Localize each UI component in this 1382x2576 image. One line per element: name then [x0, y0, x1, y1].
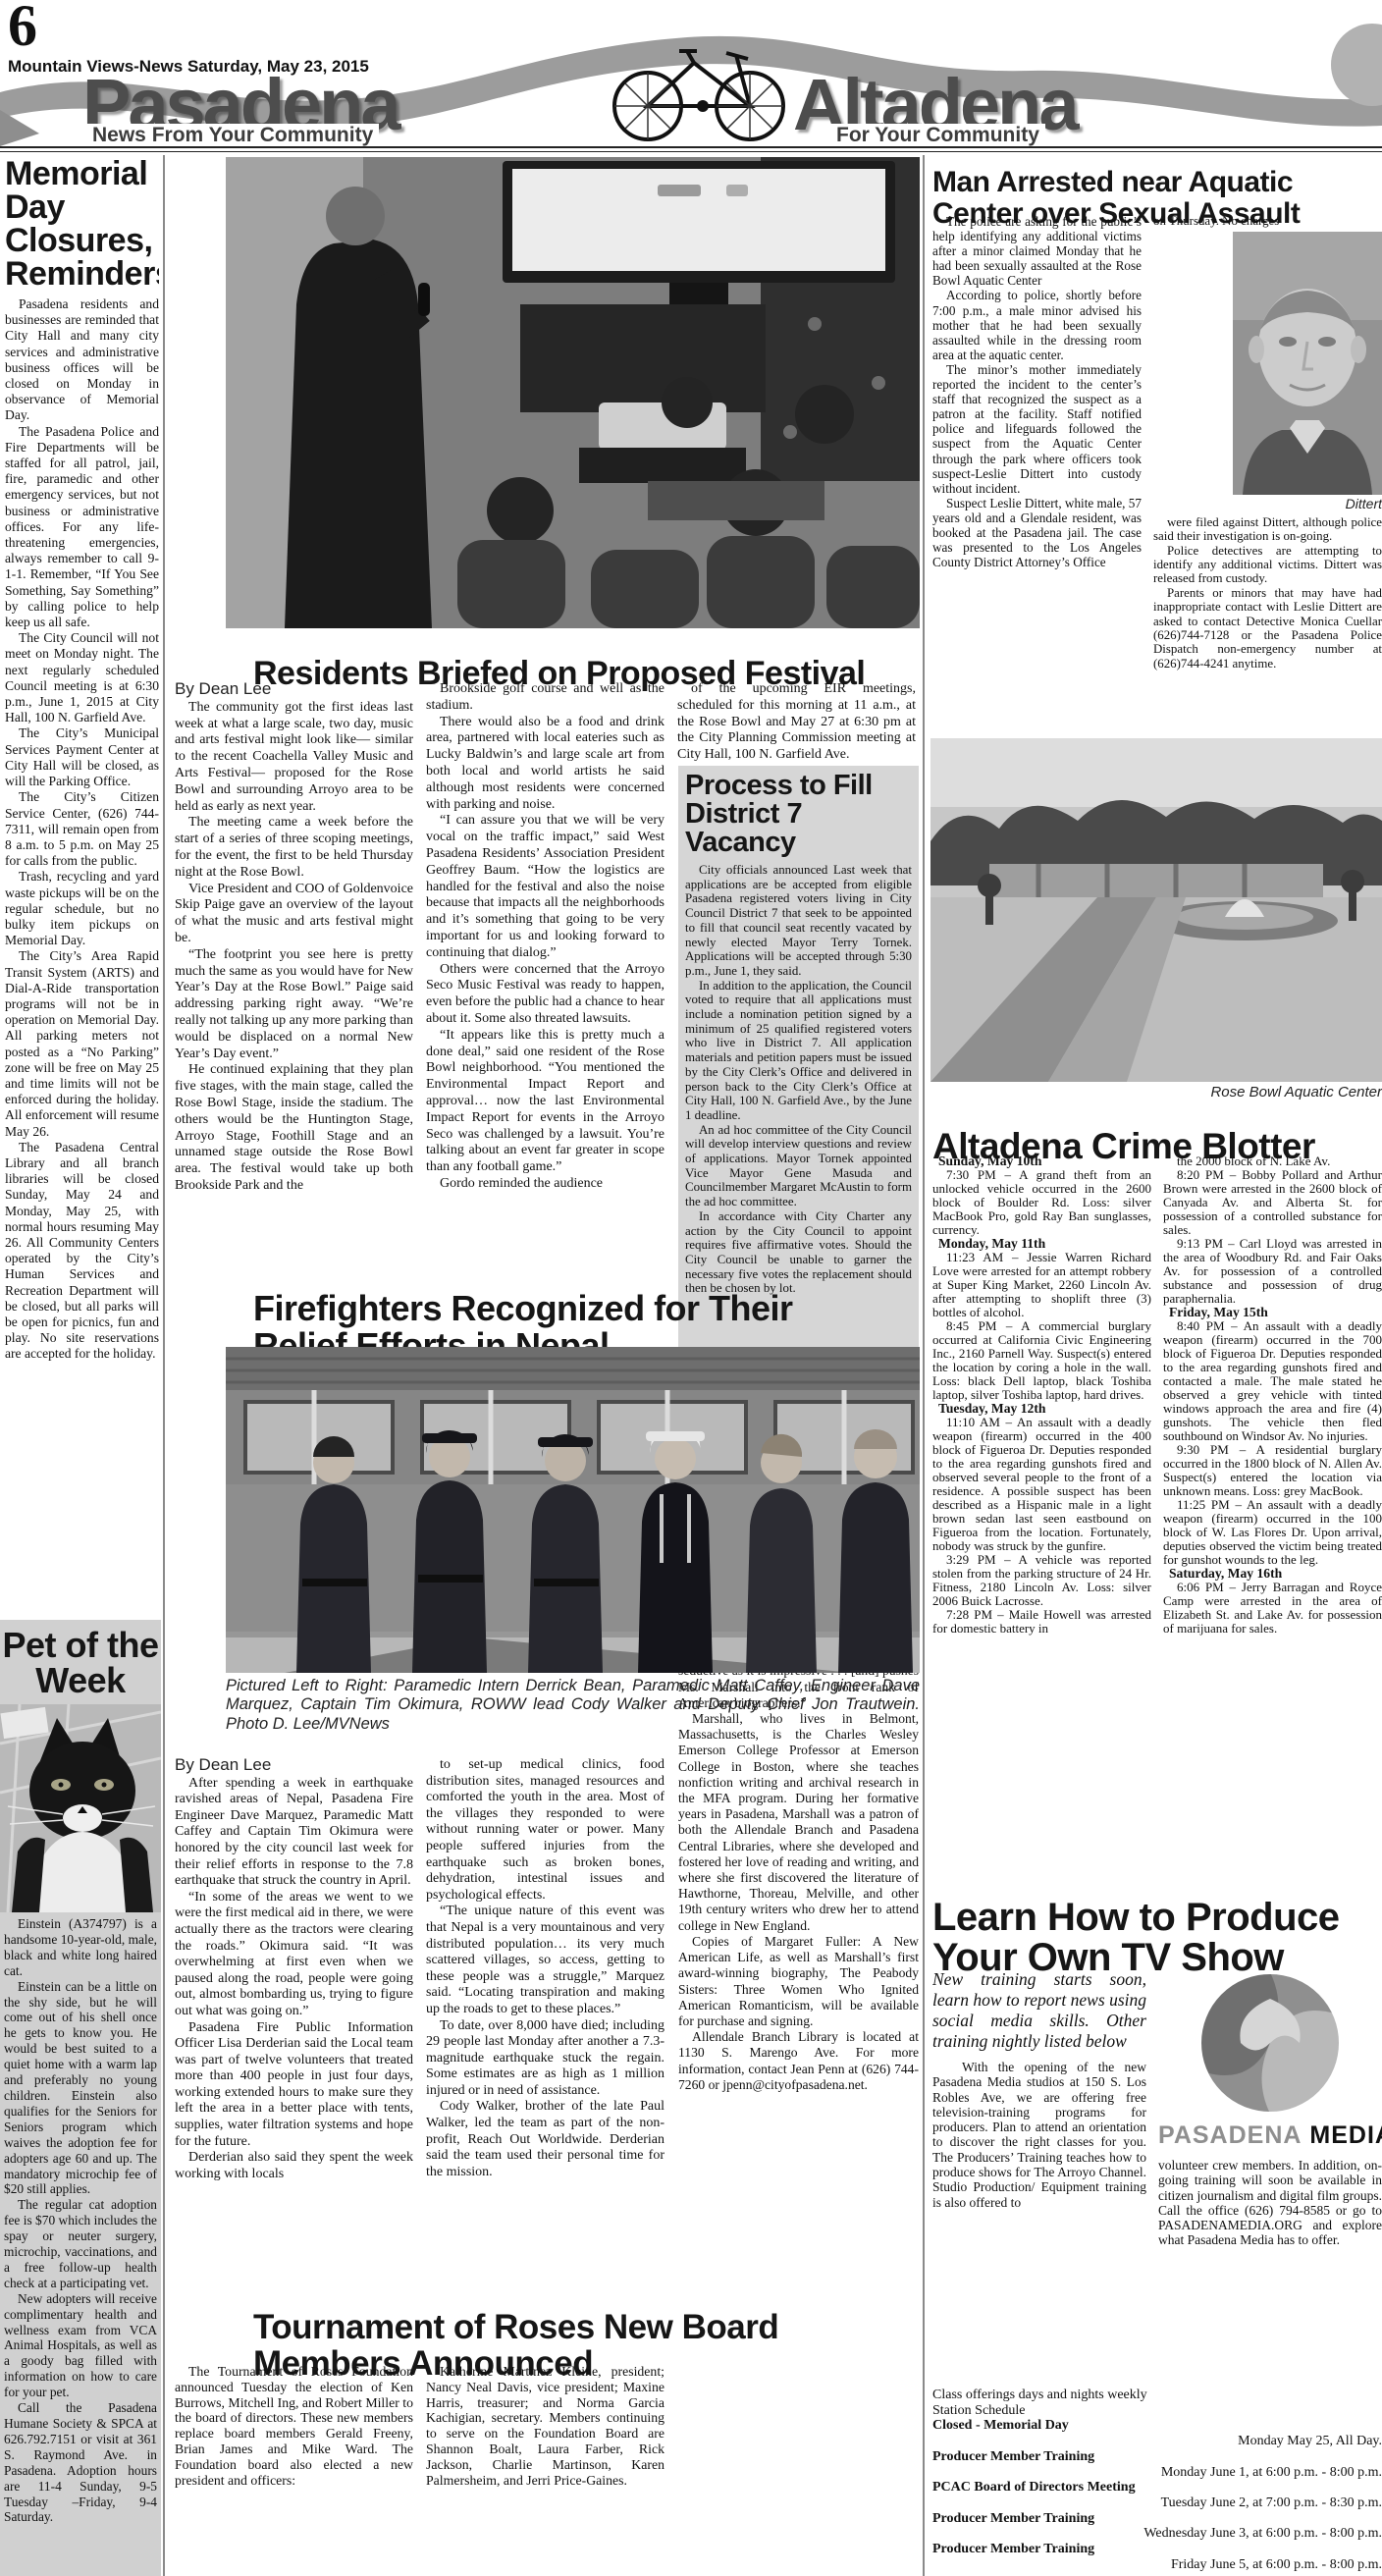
paragraph: Police detectives are attempting to iden… — [1153, 544, 1382, 586]
roses-column-1: The Tournament of Roses Foundation annou… — [175, 2364, 413, 2574]
schedule-item-label: Closed - Memorial Day — [932, 2418, 1382, 2434]
paragraph: Pasadena residents and businesses are re… — [5, 296, 159, 424]
firefighters-caption: Pictured Left to Right: Paramedic Intern… — [226, 1677, 920, 1734]
schedule-note: Class offerings days and nights weekly — [932, 2388, 1382, 2403]
paragraph: The meeting came a week before the start… — [175, 815, 413, 881]
paragraph: The City’s Area Rapid Transit System (AR… — [5, 948, 159, 1139]
paragraph: “I can assure you that we will be very v… — [426, 813, 664, 961]
paragraph: Suspect Leslie Dittert, white male, 57 y… — [932, 496, 1142, 569]
paragraph: 6:06 PM – Jerry Barragan and Royce Camp … — [1163, 1581, 1382, 1636]
paragraph: Pasadena Fire Public Information Officer… — [175, 2020, 413, 2151]
paragraph: The Pasadena Police and Fire Departments… — [5, 424, 159, 631]
paragraph: City officials announced Last week that … — [685, 863, 912, 979]
paragraph: “In some of the areas we went to we were… — [175, 1890, 413, 2020]
day-heading: Friday, May 15th — [1163, 1306, 1382, 1319]
paragraph: Copies of Margaret Fuller: A New America… — [678, 1934, 919, 2029]
tvshow-column-1: New training starts soon, learn how to r… — [932, 1969, 1146, 2386]
schedule-item-time: Friday June 5, at 6:00 p.m. - 8:00 p.m. — [932, 2557, 1382, 2573]
blotter-column-2: the 2000 block of N. Lake Av.8:20 PM – B… — [1163, 1154, 1382, 1867]
schedule-item-label: PCAC Board of Directors Meeting — [932, 2480, 1382, 2495]
tvshow-column-2: PASADENA MEDIA volunteer crew members. I… — [1158, 1969, 1382, 2386]
pet-of-the-week-article: Pet of the Week — [0, 1620, 161, 2576]
masthead: Pasadena Altadena News From Your Communi… — [0, 16, 1382, 146]
paragraph: to set-up medical clinics, food distribu… — [426, 1757, 664, 1904]
firefighters-column-1: By Dean Lee After spending a week in ear… — [175, 1757, 413, 2285]
schedule-item: Producer Member Training Monday June 1, … — [932, 2449, 1382, 2480]
roses-column-2: Katherine Martinez Kleine, president; Na… — [426, 2364, 664, 2574]
paragraph: The City Council will not meet on Monday… — [5, 630, 159, 725]
cat-photo — [0, 1704, 161, 1912]
tvshow-body-2: volunteer crew members. In addition, on-… — [1158, 2158, 1382, 2248]
arrest-article: The police are asking for the public’s h… — [932, 214, 1382, 734]
festival-column-1: By Dean Lee The community got the first … — [175, 681, 413, 1261]
paragraph: In addition to the application, the Coun… — [685, 979, 912, 1123]
paragraph: were filed against Dittert, although pol… — [1153, 515, 1382, 544]
paragraph: 11:25 PM – An assault with a deadly weap… — [1163, 1498, 1382, 1567]
paragraph: Brookside golf course and well as the st… — [426, 681, 664, 715]
schedule-title: Station Schedule — [932, 2403, 1382, 2419]
arrest-col2-lead: on Thursday. No charges — [1153, 214, 1382, 228]
schedule-item-time: Tuesday June 2, at 7:00 p.m. - 8:30 p.m. — [932, 2495, 1382, 2511]
paragraph: Einstein can be a little on the shy side… — [4, 1979, 157, 2198]
tagline-right: For Your Community — [830, 124, 1045, 146]
paragraph: There would also be a food and drink are… — [426, 715, 664, 814]
paragraph: Call the Pasadena Humane Society & SPCA … — [4, 2400, 157, 2525]
schedule-item-label: Producer Member Training — [932, 2542, 1382, 2557]
paragraph: Gordo reminded the audience — [426, 1176, 664, 1193]
paragraph: Marshall, who lives in Belmont, Massachu… — [678, 1711, 919, 1934]
paragraph: The police are asking for the public’s h… — [932, 214, 1142, 288]
column-divider-right — [923, 155, 925, 2576]
paragraph: 7:28 PM – Maile Howell was arrested for … — [932, 1608, 1151, 1636]
paragraph: He continued explaining that they plan f… — [175, 1062, 413, 1194]
paragraph: Others were concerned that the Arroyo Se… — [426, 962, 664, 1028]
tvshow-body-1: With the opening of the new Pasadena Med… — [932, 2060, 1146, 2210]
arrest-column-2: on Thursday. No charges Ditte — [1153, 214, 1382, 734]
district7-headline: Process to Fill District 7 Vacancy — [685, 772, 912, 857]
paragraph: Allendale Branch Library is located at 1… — [678, 2029, 919, 2093]
paragraph: Parents or minors that may have had inap… — [1153, 586, 1382, 671]
day-heading: Tuesday, May 12th — [932, 1402, 1151, 1416]
paragraph: Derderian also said they spent the week … — [175, 2150, 413, 2182]
paragraph: The City’s Citizen Service Center, (626)… — [5, 789, 159, 869]
day-heading: Sunday, May 10th — [932, 1154, 1151, 1168]
schedule-item-label: Producer Member Training — [932, 2511, 1382, 2527]
firefighters-column-2: to set-up medical clinics, food distribu… — [426, 1757, 664, 2285]
tagline-left: News From Your Community — [86, 124, 379, 146]
pasadena-media-sphere-icon — [1196, 1969, 1344, 2117]
schedule-item: Closed - Memorial Day Monday May 25, All… — [932, 2418, 1382, 2448]
paragraph: Trash, recycling and yard waste pickups … — [5, 869, 159, 948]
schedule-item-time: Wednesday June 3, at 6:00 p.m. - 8:00 p.… — [932, 2526, 1382, 2542]
paragraph: In accordance with City Charter any acti… — [685, 1209, 912, 1296]
aquatic-center-photo — [930, 738, 1382, 1082]
arrest-column-1: The police are asking for the public’s h… — [932, 214, 1142, 734]
paragraph: the 2000 block of N. Lake Av. — [1163, 1154, 1382, 1168]
festival-column-2: Brookside golf course and well as the st… — [426, 681, 664, 1261]
paragraph: 8:20 PM – Bobby Pollard and Arthur Brown… — [1163, 1168, 1382, 1237]
paragraph: Vice President and COO of Goldenvoice Sk… — [175, 882, 413, 947]
tvshow-intro: New training starts soon, learn how to r… — [932, 1969, 1146, 2052]
district7-article: Process to Fill District 7 Vacancy City … — [678, 766, 919, 1367]
paragraph: 3:29 PM – A vehicle was reported stolen … — [932, 1553, 1151, 1608]
tvshow-article: New training starts soon, learn how to r… — [932, 1969, 1382, 2386]
paragraph: 9:30 PM – A residential burglary occurre… — [1163, 1443, 1382, 1498]
schedule-item: Producer Member Training Wednesday June … — [932, 2511, 1382, 2542]
newspaper-page: 6 Mountain Views-News Saturday, May 23, … — [0, 0, 1382, 2576]
paragraph: The Tournament of Roses Foundation annou… — [175, 2364, 413, 2488]
paragraph: The City’s Municipal Services Payment Ce… — [5, 725, 159, 789]
paragraph: Einstein (A374797) is a handsome 10-year… — [4, 1916, 157, 1979]
paragraph: “It appears like this is pretty much a d… — [426, 1028, 664, 1176]
paragraph: The minor’s mother immediately reported … — [932, 362, 1142, 496]
paragraph: of the upcoming EIR meetings, scheduled … — [677, 681, 916, 764]
station-schedule: Class offerings days and nights weekly S… — [932, 2388, 1382, 2576]
paragraph: “The footprint you see here is pretty mu… — [175, 947, 413, 1063]
paragraph: The Pasadena Central Library and all bra… — [5, 1140, 159, 1363]
roses-article: The Tournament of Roses Foundation annou… — [175, 2364, 665, 2574]
schedule-item-label: Producer Member Training — [932, 2449, 1382, 2465]
schedule-item-time: Monday June 1, at 6:00 p.m. - 8:00 p.m. — [932, 2465, 1382, 2481]
dittert-mugshot-photo — [1233, 232, 1382, 495]
paragraph: According to police, shortly before 7:00… — [932, 288, 1142, 361]
paragraph: New adopters will receive complimentary … — [4, 2291, 157, 2400]
paragraph: 8:40 PM – An assault with a deadly weapo… — [1163, 1319, 1382, 1443]
paragraph: 11:10 AM – An assault with a deadly weap… — [932, 1416, 1151, 1553]
memorial-day-headline: Memorial Day Closures, Reminders — [5, 157, 159, 291]
paragraph: 9:13 PM – Carl Lloyd was arrested in the… — [1163, 1237, 1382, 1306]
column-divider-left — [163, 155, 165, 2576]
paragraph: Katherine Martinez Kleine, president; Na… — [426, 2364, 664, 2488]
press-conference-photo — [226, 157, 920, 628]
pet-of-the-week-body: Einstein (A374797) is a handsome 10-year… — [0, 1912, 161, 2525]
festival-byline: By Dean Lee — [175, 681, 413, 698]
schedule-item: Producer Member Training Friday June 5, … — [932, 2542, 1382, 2572]
festival-column-3: of the upcoming EIR meetings, scheduled … — [677, 681, 916, 766]
dittert-caption: Dittert — [1153, 497, 1382, 510]
pet-of-the-week-headline: Pet of the Week — [2, 1628, 159, 1698]
paragraph: The community got the first ideas last w… — [175, 700, 413, 816]
blotter-column-1: Sunday, May 10th7:30 PM – A grand theft … — [932, 1154, 1151, 1867]
paragraph: An ad hoc committee of the City Council … — [685, 1123, 912, 1209]
pasadena-media-wordmark: PASADENA MEDIA — [1158, 2121, 1382, 2150]
firefighters-byline: By Dean Lee — [175, 1757, 413, 1774]
paragraph: 7:30 PM – A grand theft from an unlocked… — [932, 1168, 1151, 1237]
bicycle-icon — [601, 22, 797, 145]
pasadena-media-logo: PASADENA MEDIA — [1158, 1969, 1382, 2150]
paragraph: Cody Walker, brother of the late Paul Wa… — [426, 2099, 664, 2180]
masthead-rule — [0, 146, 1382, 152]
schedule-item-time: Monday May 25, All Day. — [932, 2434, 1382, 2449]
schedule-item: PCAC Board of Directors Meeting Tuesday … — [932, 2480, 1382, 2510]
day-heading: Saturday, May 16th — [1163, 1567, 1382, 1581]
district7-body: City officials announced Last week that … — [685, 863, 912, 1296]
tvshow-headline: Learn How to Produce Your Own TV Show — [932, 1898, 1382, 1978]
firefighters-photo — [226, 1347, 920, 1673]
aquatic-center-caption: Rose Bowl Aquatic Center — [930, 1084, 1382, 1100]
paragraph: To date, over 8,000 have died; including… — [426, 2018, 664, 2100]
paragraph: 8:45 PM – A commercial burglary occurred… — [932, 1319, 1151, 1402]
day-heading: Monday, May 11th — [932, 1237, 1151, 1251]
crime-blotter: Sunday, May 10th7:30 PM – A grand theft … — [932, 1154, 1382, 1867]
memorial-day-article: Memorial Day Closures, Reminders Pasaden… — [5, 157, 159, 1618]
paragraph: The regular cat adoption fee is $70 whic… — [4, 2197, 157, 2290]
paragraph: “The unique nature of this event was tha… — [426, 1904, 664, 2017]
firefighters-article-body: By Dean Lee After spending a week in ear… — [175, 1757, 665, 2285]
paragraph: After spending a week in earthquake ravi… — [175, 1776, 413, 1890]
memorial-day-body: Pasadena residents and businesses are re… — [5, 296, 159, 1363]
paragraph: 11:23 AM – Jessie Warren Richard Love we… — [932, 1251, 1151, 1319]
